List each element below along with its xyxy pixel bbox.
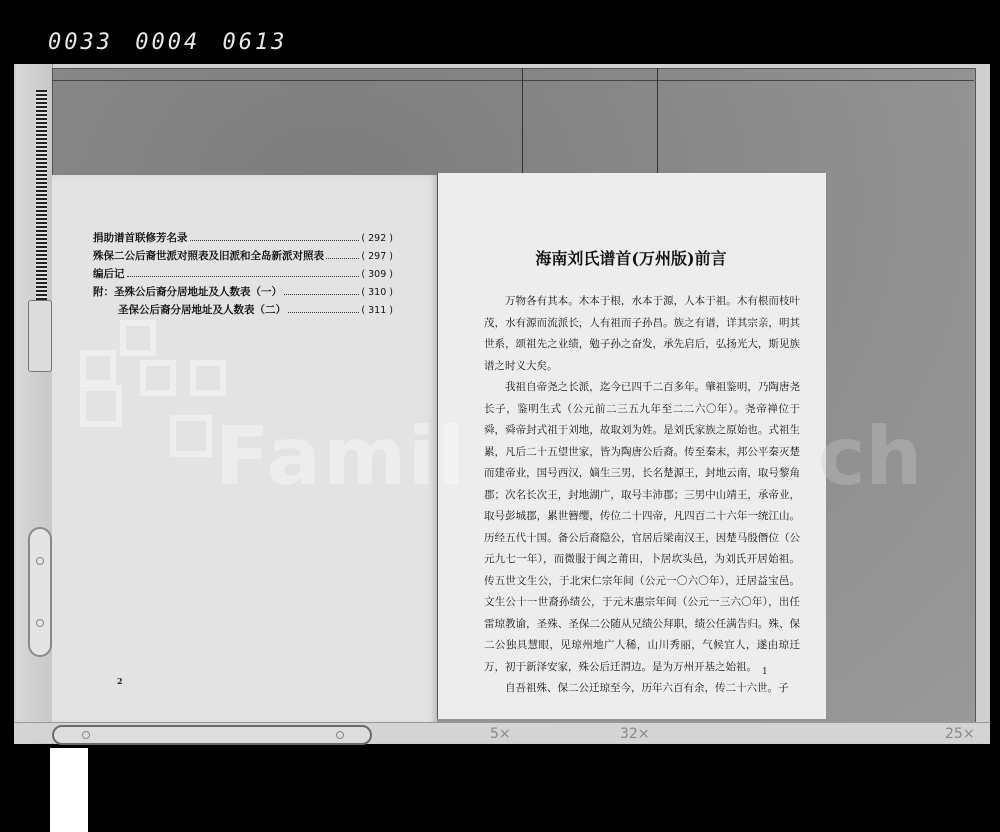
clip-hole-icon bbox=[36, 557, 44, 565]
watermark-text: Famil bbox=[215, 410, 467, 503]
toc-entry-page: ( 310 ) bbox=[361, 287, 393, 298]
clip-hole-icon bbox=[36, 619, 44, 627]
toc-leader bbox=[288, 312, 359, 313]
toc-leader bbox=[284, 294, 359, 295]
toc-leader bbox=[127, 276, 360, 277]
binder-clip-vertical bbox=[28, 527, 52, 657]
toc-entry: 附：圣殊公后裔分居地址及人数表（一） ( 310 ) bbox=[93, 284, 393, 302]
toc-entry: 殊保二公后裔世派对照表及旧派和全岛新派对照表 ( 297 ) bbox=[93, 248, 393, 266]
clip-hole-icon bbox=[82, 731, 90, 739]
watermark-logo-icon bbox=[80, 320, 230, 520]
toc-entry-page: ( 309 ) bbox=[361, 269, 393, 280]
toc-entry: 圣保公后裔分居地址及人数表（二） ( 311 ) bbox=[93, 302, 393, 320]
toc-entry: 编后记 ( 309 ) bbox=[93, 266, 393, 284]
toc-entry-label: 编后记 bbox=[93, 266, 125, 281]
frame-id-code: 0033 0004 0613 bbox=[48, 30, 287, 55]
paragraph: 自吾祖殊、保二公迁琼至今，历年六百有余，传二十六世。子 bbox=[484, 678, 800, 700]
paragraph: 我祖自帝尧之长派，迄今已四千二百多年。肇祖鉴明，乃陶唐尧长子，鉴明生式（公元前二… bbox=[484, 377, 800, 678]
toc-leader bbox=[326, 258, 359, 259]
toc-entry-page: ( 292 ) bbox=[361, 233, 393, 244]
page-title: 海南刘氏谱首(万州版)前言 bbox=[437, 246, 825, 269]
rule-line bbox=[522, 68, 523, 178]
toc-entry-label: 殊保二公后裔世派对照表及旧派和全岛新派对照表 bbox=[93, 248, 324, 263]
binder-clip-horizontal bbox=[52, 725, 372, 745]
film-leader-tab bbox=[50, 748, 88, 832]
toc-entry-label: 圣保公后裔分居地址及人数表（二） bbox=[118, 302, 286, 317]
paragraph: 万物各有其本。木本于根，水本于源，人本于祖。木有根而枝叶茂，水有源而流派长，人有… bbox=[484, 291, 800, 377]
toc-leader bbox=[190, 240, 360, 241]
table-of-contents: 捐助谱首联修芳名录 ( 292 ) 殊保二公后裔世派对照表及旧派和全岛新派对照表… bbox=[93, 230, 393, 320]
film-mark: 32× bbox=[620, 726, 650, 742]
rule-line bbox=[52, 80, 974, 81]
page-number-left: 2 bbox=[117, 676, 123, 686]
film-barcode bbox=[36, 90, 47, 310]
clip-hole-icon bbox=[336, 731, 344, 739]
toc-entry-page: ( 297 ) bbox=[361, 251, 393, 262]
film-mark: 5× bbox=[490, 726, 511, 742]
toc-entry-page: ( 311 ) bbox=[361, 305, 393, 316]
film-mark: 25× bbox=[945, 726, 975, 742]
toc-entry-label: 附：圣殊公后裔分居地址及人数表（一） bbox=[93, 284, 282, 299]
toc-entry-label: 捐助谱首联修芳名录 bbox=[93, 230, 188, 245]
toc-entry: 捐助谱首联修芳名录 ( 292 ) bbox=[93, 230, 393, 248]
watermark-text-right: ch bbox=[818, 410, 922, 503]
preface-body: 万物各有其本。木本于根，水本于源，人本于祖。木有根而枝叶茂，水有源而流派长，人有… bbox=[484, 291, 800, 700]
film-tab bbox=[28, 300, 52, 372]
rule-line bbox=[657, 68, 658, 178]
page-number-right: 1 bbox=[762, 667, 768, 677]
